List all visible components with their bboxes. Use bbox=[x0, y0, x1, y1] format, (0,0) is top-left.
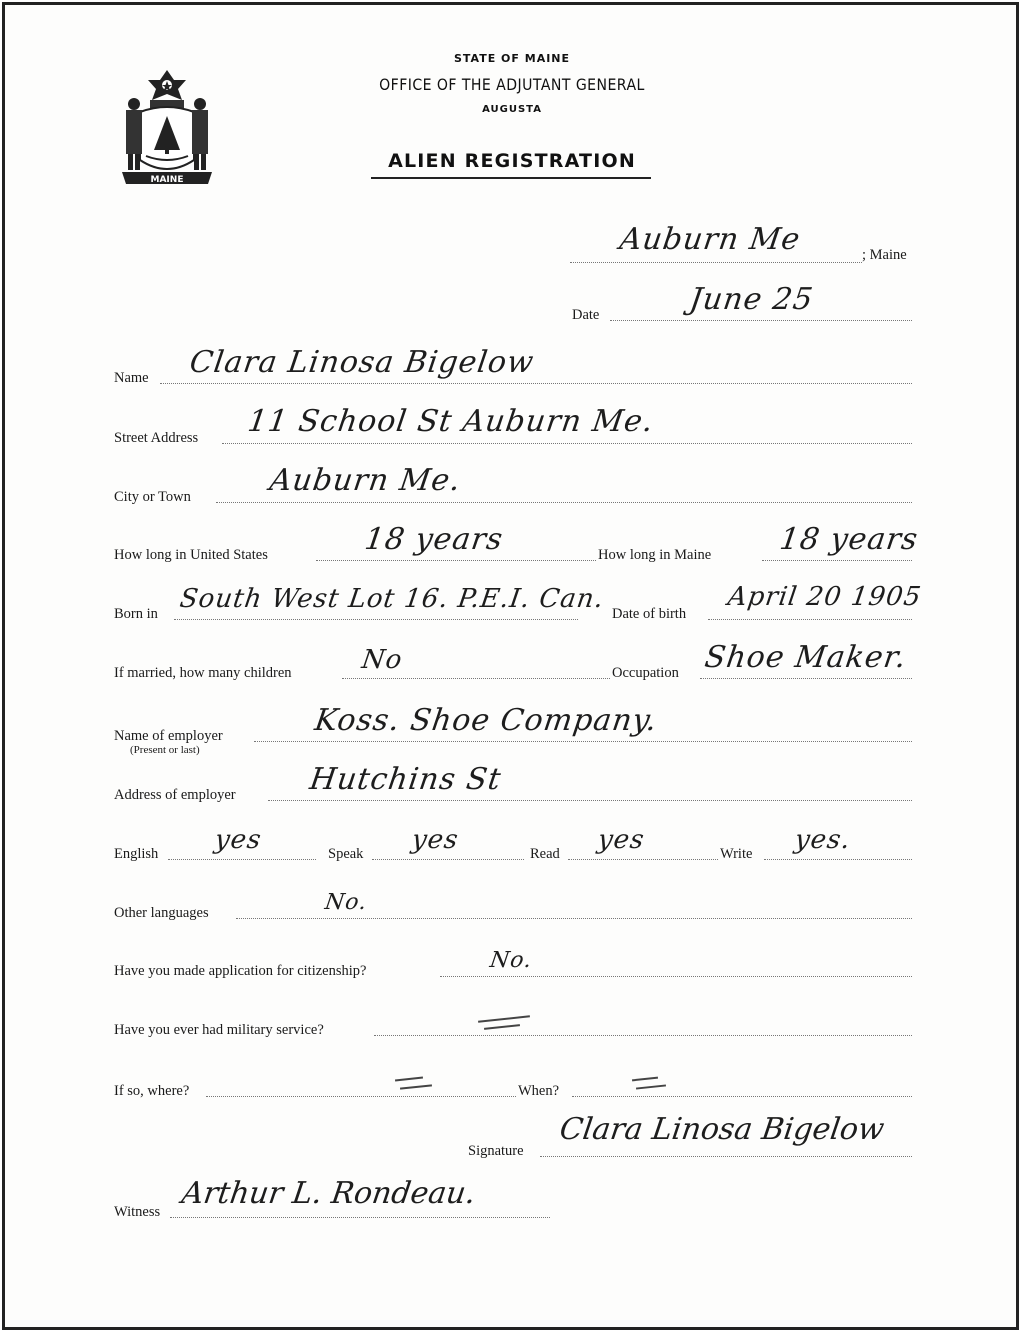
signature-line bbox=[540, 1156, 912, 1157]
date-of-birth-field[interactable]: April 20 1905 bbox=[726, 582, 923, 612]
city-town-label: City or Town bbox=[114, 489, 191, 506]
where-label: If so, where? bbox=[114, 1083, 189, 1100]
speak-line bbox=[372, 859, 524, 860]
maine-state-seal-icon: MAINE bbox=[112, 68, 222, 188]
how-long-maine-line bbox=[762, 560, 912, 561]
place-suffix-label: ; Maine bbox=[862, 247, 907, 264]
svg-text:MAINE: MAINE bbox=[151, 175, 184, 185]
name-label: Name bbox=[114, 370, 149, 387]
witness-line bbox=[170, 1217, 550, 1218]
title-underline bbox=[371, 177, 651, 179]
name-field[interactable]: Clara Linosa Bigelow bbox=[188, 345, 537, 380]
employer-name-sublabel: (Present or last) bbox=[130, 744, 200, 756]
employer-address-label: Address of employer bbox=[114, 787, 236, 804]
read-line bbox=[568, 859, 718, 860]
office-heading: OFFICE OF THE ADJUTANT GENERAL bbox=[325, 75, 698, 94]
date-field[interactable]: June 25 bbox=[688, 282, 816, 317]
street-address-label: Street Address bbox=[114, 430, 198, 447]
city-heading: AUGUSTA bbox=[300, 104, 724, 115]
employer-address-line bbox=[268, 800, 912, 801]
when-label: When? bbox=[518, 1083, 559, 1100]
military-line bbox=[374, 1035, 912, 1036]
born-in-label: Born in bbox=[114, 606, 158, 623]
city-town-field[interactable]: Auburn Me. bbox=[268, 463, 464, 498]
when-line bbox=[572, 1096, 912, 1097]
how-long-maine-label: How long in Maine bbox=[598, 547, 711, 564]
signature-label: Signature bbox=[468, 1143, 524, 1160]
citizenship-field[interactable]: No. bbox=[488, 948, 534, 973]
occupation-line bbox=[700, 678, 912, 679]
born-in-field[interactable]: South West Lot 16. P.E.I. Can. bbox=[178, 584, 606, 614]
read-field[interactable]: yes bbox=[596, 825, 647, 855]
occupation-label: Occupation bbox=[612, 665, 679, 682]
military-label: Have you ever had military service? bbox=[114, 1022, 324, 1039]
date-of-birth-label: Date of birth bbox=[612, 606, 686, 623]
how-long-maine-field[interactable]: 18 years bbox=[778, 522, 921, 557]
citizenship-label: Have you made application for citizenshi… bbox=[114, 963, 366, 980]
date-line bbox=[610, 320, 912, 321]
date-label: Date bbox=[572, 307, 599, 324]
occupation-field[interactable]: Shoe Maker. bbox=[703, 640, 909, 675]
form-title: ALIEN REGISTRATION bbox=[300, 150, 724, 172]
english-label: English bbox=[114, 846, 158, 863]
citizenship-line bbox=[440, 976, 912, 977]
how-long-us-field[interactable]: 18 years bbox=[363, 522, 506, 557]
speak-label: Speak bbox=[328, 846, 363, 863]
children-label: If married, how many children bbox=[114, 665, 292, 682]
name-line bbox=[160, 383, 912, 384]
place-field[interactable]: Auburn Me bbox=[618, 222, 803, 257]
children-field[interactable]: No bbox=[360, 645, 405, 675]
witness-field[interactable]: Arthur L. Rondeau. bbox=[180, 1176, 478, 1211]
date-of-birth-line bbox=[708, 619, 912, 620]
read-label: Read bbox=[530, 846, 560, 863]
how-long-us-line bbox=[316, 560, 596, 561]
english-field[interactable]: yes bbox=[213, 825, 264, 855]
write-line bbox=[764, 859, 912, 860]
street-address-field[interactable]: 11 School St Auburn Me. bbox=[246, 404, 656, 439]
english-line bbox=[168, 859, 316, 860]
children-line bbox=[342, 678, 610, 679]
other-languages-line bbox=[236, 918, 912, 919]
employer-address-field[interactable]: Hutchins St bbox=[308, 762, 504, 797]
city-town-line bbox=[216, 502, 912, 503]
speak-field[interactable]: yes bbox=[410, 825, 461, 855]
place-line bbox=[570, 262, 862, 263]
how-long-us-label: How long in United States bbox=[114, 547, 268, 564]
witness-label: Witness bbox=[114, 1204, 160, 1221]
signature-field[interactable]: Clara Linosa Bigelow bbox=[558, 1112, 887, 1147]
employer-name-field[interactable]: Koss. Shoe Company. bbox=[313, 703, 660, 738]
other-languages-field[interactable]: No. bbox=[323, 890, 369, 915]
born-in-line bbox=[174, 619, 578, 620]
write-field[interactable]: yes. bbox=[793, 825, 853, 855]
street-address-line bbox=[222, 443, 912, 444]
where-line bbox=[206, 1096, 516, 1097]
state-heading: STATE OF MAINE bbox=[300, 52, 724, 65]
write-label: Write bbox=[720, 846, 752, 863]
employer-name-line bbox=[254, 741, 912, 742]
employer-name-label: Name of employer bbox=[114, 728, 223, 745]
other-languages-label: Other languages bbox=[114, 905, 209, 922]
